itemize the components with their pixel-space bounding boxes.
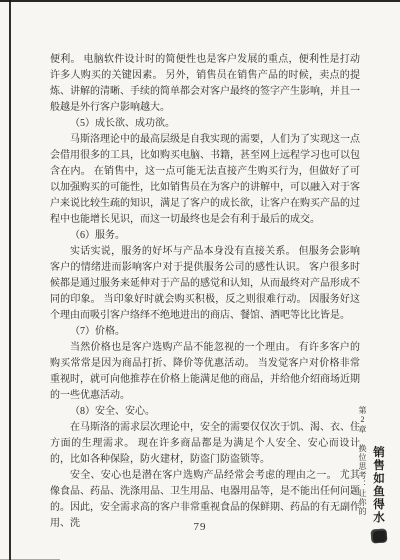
paragraph: （6）服务。 — [50, 228, 360, 244]
margin-book-title-vertical: 销售如鱼得水 — [370, 446, 386, 524]
margin-chapter-label-vertical: 第2章 换位思考：让你的 — [357, 406, 368, 516]
paragraph: 实话实说，服务的好坏与产品本身没有直接关系。 但服务会影响客户的情绪进而影响客户… — [50, 244, 360, 324]
paragraph: （5）成长欲、成功欲。 — [50, 116, 360, 132]
paragraph: （7）价格。 — [50, 324, 360, 340]
paragraph: （8）安全、安心。 — [50, 404, 360, 420]
scanned-book-page: 便利。 电脑软件设计时的简便性也是客户发展的重点，便利性是打动许多人购买的关键因… — [0, 0, 400, 560]
paragraph: 当然价格也是客户选购产品不能忽视的一个理由。 有许多客户的购买常常是因为商品打折… — [50, 340, 360, 404]
scan-artifact-top-line — [0, 0, 400, 2]
paragraph: 马斯洛理论中的最高层级是自我实现的需要，人们为了实现这一点会借用很多的工具，比如… — [50, 132, 360, 228]
paragraph: 便利。 电脑软件设计时的简便性也是客户发展的重点，便利性是打动许多人购买的关键因… — [50, 52, 360, 116]
body-text: 便利。 电脑软件设计时的简便性也是客户发展的重点，便利性是打动许多人购买的关键因… — [50, 52, 360, 532]
page-number: 79 — [0, 521, 400, 533]
scan-artifact-left-line — [9, 0, 11, 560]
paragraph: 在马斯洛的需求层次理论中，安全的需要仅仅次于饥、渴、衣、住方面的生理需求。 现在… — [50, 420, 360, 468]
